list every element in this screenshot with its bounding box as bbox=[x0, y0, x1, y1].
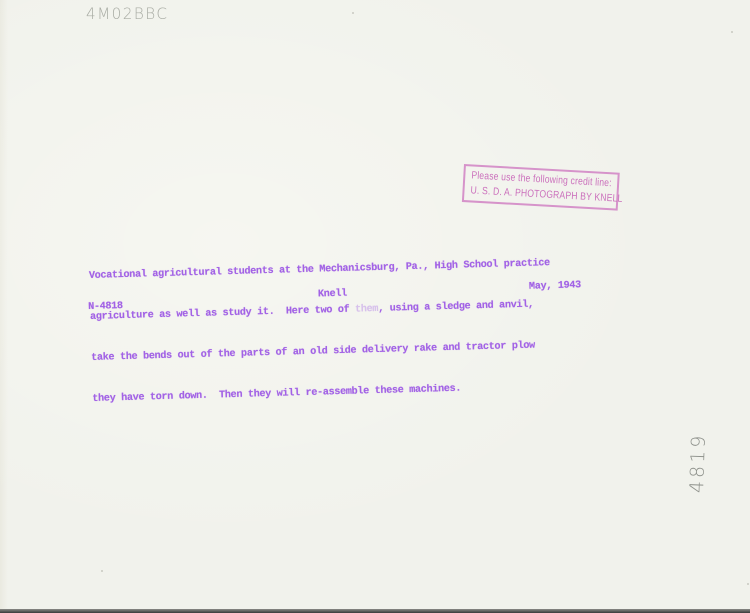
typed-caption: Vocational agricultural students at the … bbox=[88, 230, 554, 433]
photo-date: May, 1943 bbox=[529, 280, 581, 292]
caption-faint-word: them bbox=[355, 304, 378, 316]
scan-bottom-edge bbox=[0, 609, 750, 613]
caption-line-1: Vocational agricultural students at the … bbox=[89, 257, 550, 283]
caption-line-4: they have torn down. Then they will re-a… bbox=[92, 380, 553, 406]
handwritten-number: 4819 bbox=[686, 433, 710, 494]
caption-line-2: agriculture as well as study it. Here tw… bbox=[90, 298, 551, 324]
photo-reverse-page: 4M02BBC Please use the following credit … bbox=[0, 0, 750, 609]
paper-speck bbox=[731, 31, 733, 33]
paper-speck bbox=[101, 570, 103, 572]
caption-line-2-head: agriculture as well as study it. Here tw… bbox=[90, 305, 355, 323]
negative-number: N-4818 bbox=[88, 301, 123, 313]
photographer-name: Knell bbox=[318, 289, 347, 301]
paper-speck bbox=[352, 12, 354, 14]
credit-line-stamp: Please use the following credit line: U.… bbox=[462, 164, 620, 211]
caption-line-3: take the bends out of the parts of an ol… bbox=[91, 339, 552, 365]
caption-line-2-tail: , using a sledge and anvil, bbox=[378, 300, 534, 315]
handwritten-catalog-id: 4M02BBC bbox=[86, 4, 168, 23]
paper-speck bbox=[747, 583, 749, 585]
